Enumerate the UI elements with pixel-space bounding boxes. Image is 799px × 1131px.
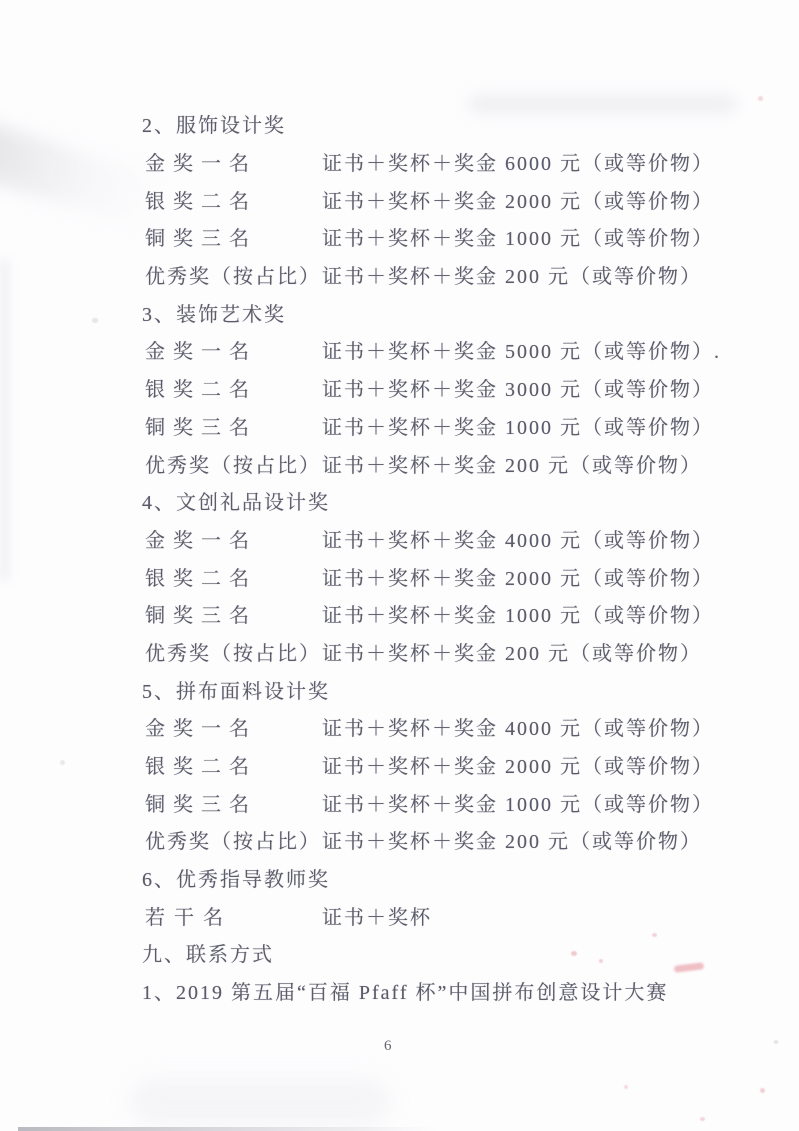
award-prize: 证书＋奖杯＋奖金 1000 元（或等价物） [322,222,775,251]
award-row: 优秀奖（按占比） 证书＋奖杯＋奖金 200 元（或等价物） [145,633,775,671]
award-row: 优秀奖（按占比） 证书＋奖杯＋奖金 200 元（或等价物） [145,821,775,859]
award-prize: 证书＋奖杯＋奖金 200 元（或等价物） [322,825,775,854]
award-rank: 银奖二名 [145,185,322,214]
scan-speckle [700,1117,705,1121]
contact-line-competition-name: 1、2019 第五届“百福 Pfaff 杯”中国拼布创意设计大赛 [142,972,775,1010]
award-row: 银奖二名 证书＋奖杯＋奖金 2000 元（或等价物） [145,746,775,784]
award-prize: 证书＋奖杯＋奖金 200 元（或等价物） [322,637,775,666]
award-prize: 证书＋奖杯＋奖金 4000 元（或等价物） [322,524,775,553]
award-rank: 金奖一名 [145,712,322,741]
scan-speckle [624,1085,628,1089]
scanned-document-page: 2、服饰设计奖 金奖一名 证书＋奖杯＋奖金 6000 元（或等价物） 银奖二名 … [0,0,799,1131]
award-rank: 铜奖三名 [145,788,322,817]
award-rank: 若 干 名 [145,901,322,930]
section-heading-patchwork-fabric-design: 5、拼布面料设计奖 [142,670,775,708]
award-rank: 铜奖三名 [145,599,322,628]
award-rank: 金奖一名 [145,524,322,553]
award-rank: 铜奖三名 [145,222,322,251]
award-rank: 银奖二名 [145,562,322,591]
award-prize: 证书＋奖杯＋奖金 4000 元（或等价物） [322,712,775,741]
award-rank: 银奖二名 [145,750,322,779]
award-row: 金奖一名 证书＋奖杯＋奖金 4000 元（或等价物） [145,520,775,558]
scan-noise-blob [130,1078,390,1126]
scan-speckle [774,1040,778,1044]
award-rank: 金奖一名 [145,335,322,364]
award-prize: 证书＋奖杯＋奖金 1000 元（或等价物） [322,788,775,817]
award-prize: 证书＋奖杯＋奖金 200 元（或等价物） [322,260,775,289]
award-prize: 证书＋奖杯＋奖金 2000 元（或等价物） [322,750,775,779]
award-row: 优秀奖（按占比） 证书＋奖杯＋奖金 200 元（或等价物） [145,444,775,482]
award-prize: 证书＋奖杯＋奖金 5000 元（或等价物）. [322,335,775,364]
award-rank: 铜奖三名 [145,411,322,440]
scan-speckle [60,760,65,765]
award-row: 优秀奖（按占比） 证书＋奖杯＋奖金 200 元（或等价物） [145,256,775,294]
award-prize: 证书＋奖杯＋奖金 200 元（或等价物） [322,449,775,478]
award-rank: 银奖二名 [145,373,322,402]
award-row: 铜奖三名 证书＋奖杯＋奖金 1000 元（或等价物） [145,783,775,821]
award-rank: 优秀奖（按占比） [145,637,322,666]
page-number: 6 [384,1038,393,1055]
award-rank: 优秀奖（按占比） [145,260,322,289]
award-prize: 证书＋奖杯＋奖金 3000 元（或等价物） [322,373,775,402]
award-prize: 证书＋奖杯 [322,901,775,930]
scan-shadow-left-edge [0,260,9,580]
section-heading-cultural-gift-design: 4、文创礼品设计奖 [142,482,775,520]
section-heading-contact: 九、联系方式 [142,934,775,972]
document-content: 2、服饰设计奖 金奖一名 证书＋奖杯＋奖金 6000 元（或等价物） 银奖二名 … [141,105,775,1010]
award-row: 银奖二名 证书＋奖杯＋奖金 2000 元（或等价物） [145,180,775,218]
scan-speckle [760,1088,765,1093]
award-rank: 优秀奖（按占比） [145,825,322,854]
award-row: 银奖二名 证书＋奖杯＋奖金 3000 元（或等价物） [145,369,775,407]
award-prize: 证书＋奖杯＋奖金 2000 元（或等价物） [322,562,775,591]
award-prize: 证书＋奖杯＋奖金 2000 元（或等价物） [322,185,775,214]
award-rank: 优秀奖（按占比） [145,449,322,478]
scan-speckle [92,318,98,323]
award-prize: 证书＋奖杯＋奖金 1000 元（或等价物） [322,411,775,440]
award-row: 铜奖三名 证书＋奖杯＋奖金 1000 元（或等价物） [145,407,775,445]
scan-speckle [758,96,763,101]
award-row: 银奖二名 证书＋奖杯＋奖金 2000 元（或等价物） [145,557,775,595]
award-row: 金奖一名 证书＋奖杯＋奖金 6000 元（或等价物） [145,143,775,181]
award-row: 铜奖三名 证书＋奖杯＋奖金 1000 元（或等价物） [145,218,775,256]
award-prize: 证书＋奖杯＋奖金 1000 元（或等价物） [322,599,775,628]
award-prize: 证书＋奖杯＋奖金 6000 元（或等价物） [322,147,775,176]
scan-shadow-bottom-edge [18,1127,438,1131]
award-row: 若 干 名 证书＋奖杯 [145,896,775,934]
section-heading-clothing-design: 2、服饰设计奖 [142,105,775,143]
award-row: 铜奖三名 证书＋奖杯＋奖金 1000 元（或等价物） [145,595,775,633]
award-row: 金奖一名 证书＋奖杯＋奖金 4000 元（或等价物） [145,708,775,746]
award-rank: 金奖一名 [145,147,322,176]
section-heading-outstanding-teacher: 6、优秀指导教师奖 [142,859,775,897]
award-row: 金奖一名 证书＋奖杯＋奖金 5000 元（或等价物）. [145,331,775,369]
section-heading-decorative-art: 3、装饰艺术奖 [142,293,775,331]
